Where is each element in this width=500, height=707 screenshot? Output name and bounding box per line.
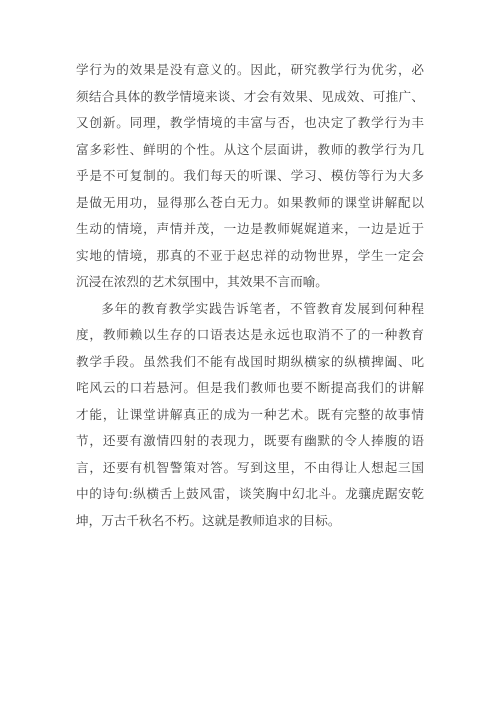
paragraph-2: 多年的教育教学实践告诉笔者，不管教育发展到何种程 度，教师赖以生存的口语表达是永… bbox=[76, 296, 424, 535]
paragraph-1: 学行为的效果是没有意义的。因此，研究教学行为优劣，必 须结合具体的教学情境来谈、… bbox=[76, 57, 424, 296]
text-line: 才能，让课堂讲解真正的成为一种艺术。既有完整的故事情 bbox=[76, 402, 424, 429]
text-line: 言，还要有机智警策对答。写到这里，不由得让人想起三国 bbox=[76, 455, 424, 482]
text-line: 教学手段。虽然我们不能有战国时期纵横家的纵横捭阖、叱 bbox=[76, 349, 424, 376]
text-line: 节，还要有激情四射的表现力，既要有幽默的令人捧腹的语 bbox=[76, 428, 424, 455]
text-line: 是做无用功，显得那么苍白无力。如果教师的课堂讲解配以 bbox=[76, 190, 424, 217]
document-page: 学行为的效果是没有意义的。因此，研究教学行为优劣，必 须结合具体的教学情境来谈、… bbox=[0, 0, 500, 707]
text-line: 中的诗句:纵横舌上鼓风雷，谈笑胸中幻北斗。龙骧虎踞安乾 bbox=[76, 481, 424, 508]
text-line: 坤，万古千秋名不朽。这就是教师追求的目标。 bbox=[76, 508, 424, 535]
text-line: 咤风云的口若悬河。但是我们教师也要不断提高我们的讲解 bbox=[76, 375, 424, 402]
text-line: 学行为的效果是没有意义的。因此，研究教学行为优劣，必 bbox=[76, 57, 424, 84]
text-line: 实地的情境，那真的不亚于赵忠祥的动物世界，学生一定会 bbox=[76, 243, 424, 270]
text-line: 乎是不可复制的。我们每天的听课、学习、模仿等行为大多 bbox=[76, 163, 424, 190]
text-line: 须结合具体的教学情境来谈、才会有效果、见成效、可推广、 bbox=[76, 84, 424, 111]
text-line: 又创新。同理，教学情境的丰富与否，也决定了教学行为丰 bbox=[76, 110, 424, 137]
text-line: 富多彩性、鲜明的个性。从这个层面讲，教师的教学行为几 bbox=[76, 137, 424, 164]
text-line: 多年的教育教学实践告诉笔者，不管教育发展到何种程 bbox=[76, 296, 424, 323]
text-line: 生动的情境，声情并茂，一边是教师娓娓道来，一边是近于 bbox=[76, 216, 424, 243]
text-line: 度，教师赖以生存的口语表达是永远也取消不了的一种教育 bbox=[76, 322, 424, 349]
text-line: 沉浸在浓烈的艺术氛围中，其效果不言而喻。 bbox=[76, 269, 424, 296]
